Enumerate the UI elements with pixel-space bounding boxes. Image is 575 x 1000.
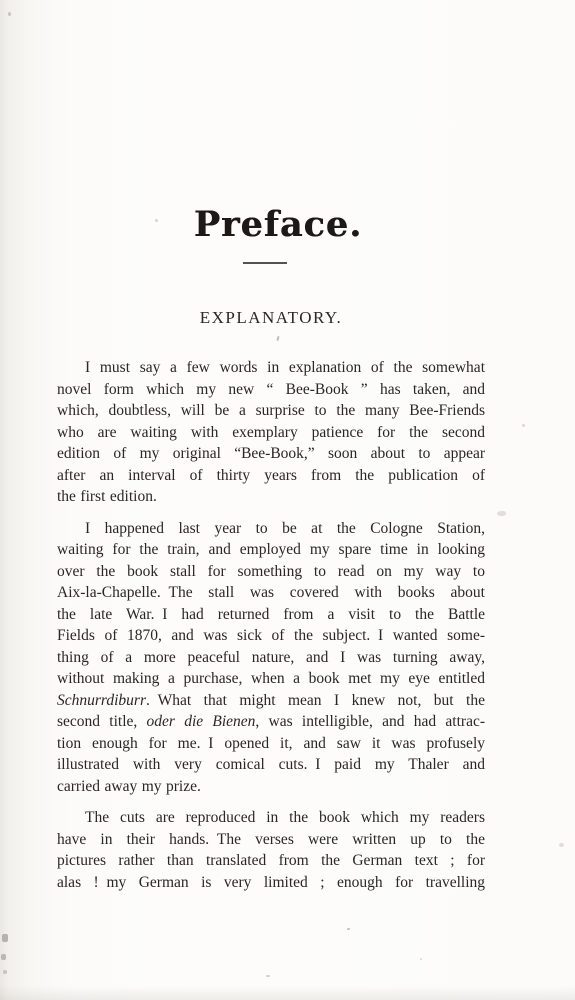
text-run: after an interval of thirty years from t… xyxy=(57,467,485,484)
text-run: novel form which my new “ Bee-Book ” has… xyxy=(57,381,485,398)
text-line: pictures rather than translated from the… xyxy=(57,850,485,872)
text-run: illustrated with very comical cuts. I pa… xyxy=(57,756,485,773)
text-line: the first edition. xyxy=(57,486,485,508)
text-run: Aix-la-Chapelle. The stall was covered w… xyxy=(57,584,485,601)
text-run: . What that might mean I knew not, but t… xyxy=(146,692,485,709)
italic-text-run: Schnurrdiburr xyxy=(57,692,146,709)
paragraph: I must say a few words in explanation of… xyxy=(57,357,485,508)
text-line: after an interval of thirty years from t… xyxy=(57,465,485,487)
italic-text-run: oder die Bienen xyxy=(147,713,256,730)
text-run: tion enough for me. I opened it, and saw… xyxy=(57,735,485,752)
text-run: alas ! my German is very limited ; enoug… xyxy=(57,874,485,891)
text-run: which, doubtless, will be a surprise to … xyxy=(57,402,485,419)
text-run: carried away my prize. xyxy=(57,778,201,795)
text-line: over the book stall for something to rea… xyxy=(57,561,485,583)
scan-speck xyxy=(276,336,279,341)
scan-speck xyxy=(559,843,564,847)
scan-speck xyxy=(3,970,7,974)
scan-speck xyxy=(522,424,525,427)
text-run: pictures rather than translated from the… xyxy=(57,852,485,869)
preface-title: Preface. xyxy=(57,204,485,246)
text-run: Fields of 1870, and was sick of the subj… xyxy=(57,627,485,644)
paragraph: The cuts are reproduced in the book whic… xyxy=(57,807,485,893)
text-run: edition of my original “Bee-Book,” soon … xyxy=(57,445,485,462)
text-line: carried away my prize. xyxy=(57,776,485,798)
scan-speck xyxy=(266,975,270,977)
scan-speck xyxy=(420,958,422,960)
text-line: alas ! my German is very limited ; enoug… xyxy=(57,872,485,894)
text-run: without making a purchase, when a book m… xyxy=(57,670,485,687)
scan-speck xyxy=(1,954,6,960)
title-divider-rule xyxy=(243,262,287,264)
text-run: the first edition. xyxy=(57,488,157,505)
text-run: have in their hands. The verses were wri… xyxy=(57,831,485,848)
text-line: Aix-la-Chapelle. The stall was covered w… xyxy=(57,582,485,604)
text-line: novel form which my new “ Bee-Book ” has… xyxy=(57,379,485,401)
scan-speck xyxy=(2,934,8,942)
text-run: over the book stall for something to rea… xyxy=(57,563,485,580)
text-line: I happened last year to be at the Cologn… xyxy=(57,518,485,540)
text-line: which, doubtless, will be a surprise to … xyxy=(57,400,485,422)
text-line: who are waiting with exemplary patience … xyxy=(57,422,485,444)
text-line: Schnurrdiburr. What that might mean I kn… xyxy=(57,690,485,712)
text-line: have in their hands. The verses were wri… xyxy=(57,829,485,851)
scan-speck xyxy=(8,12,11,16)
text-line: second title, oder die Bienen, was intel… xyxy=(57,711,485,733)
text-run: I must say a few words in explanation of… xyxy=(85,359,485,376)
text-line: waiting for the train, and employed my s… xyxy=(57,539,485,561)
explanatory-heading: EXPLANATORY. xyxy=(57,308,485,328)
text-line: thing of a more peaceful nature, and I w… xyxy=(57,647,485,669)
text-run: thing of a more peaceful nature, and I w… xyxy=(57,649,485,666)
text-line: Fields of 1870, and was sick of the subj… xyxy=(57,625,485,647)
text-run: who are waiting with exemplary patience … xyxy=(57,424,485,441)
book-page-scan: Preface. EXPLANATORY. I must say a few w… xyxy=(0,0,575,1000)
text-run: waiting for the train, and employed my s… xyxy=(57,541,485,558)
text-run: The cuts are reproduced in the book whic… xyxy=(85,809,485,826)
text-run: second title, xyxy=(57,713,147,730)
text-line: tion enough for me. I opened it, and saw… xyxy=(57,733,485,755)
text-line: without making a purchase, when a book m… xyxy=(57,668,485,690)
text-line: The cuts are reproduced in the book whic… xyxy=(57,807,485,829)
text-line: edition of my original “Bee-Book,” soon … xyxy=(57,443,485,465)
text-line: illustrated with very comical cuts. I pa… xyxy=(57,754,485,776)
text-run: I happened last year to be at the Cologn… xyxy=(85,520,485,537)
text-run: the late War. I had returned from a visi… xyxy=(57,606,485,623)
text-line: the late War. I had returned from a visi… xyxy=(57,604,485,626)
scan-speck xyxy=(497,511,506,516)
paragraph: I happened last year to be at the Cologn… xyxy=(57,518,485,798)
text-line: I must say a few words in explanation of… xyxy=(57,357,485,379)
preface-body: I must say a few words in explanation of… xyxy=(57,357,485,903)
scan-speck xyxy=(347,928,350,930)
text-run: , was intelligible, and had attrac- xyxy=(255,713,485,730)
